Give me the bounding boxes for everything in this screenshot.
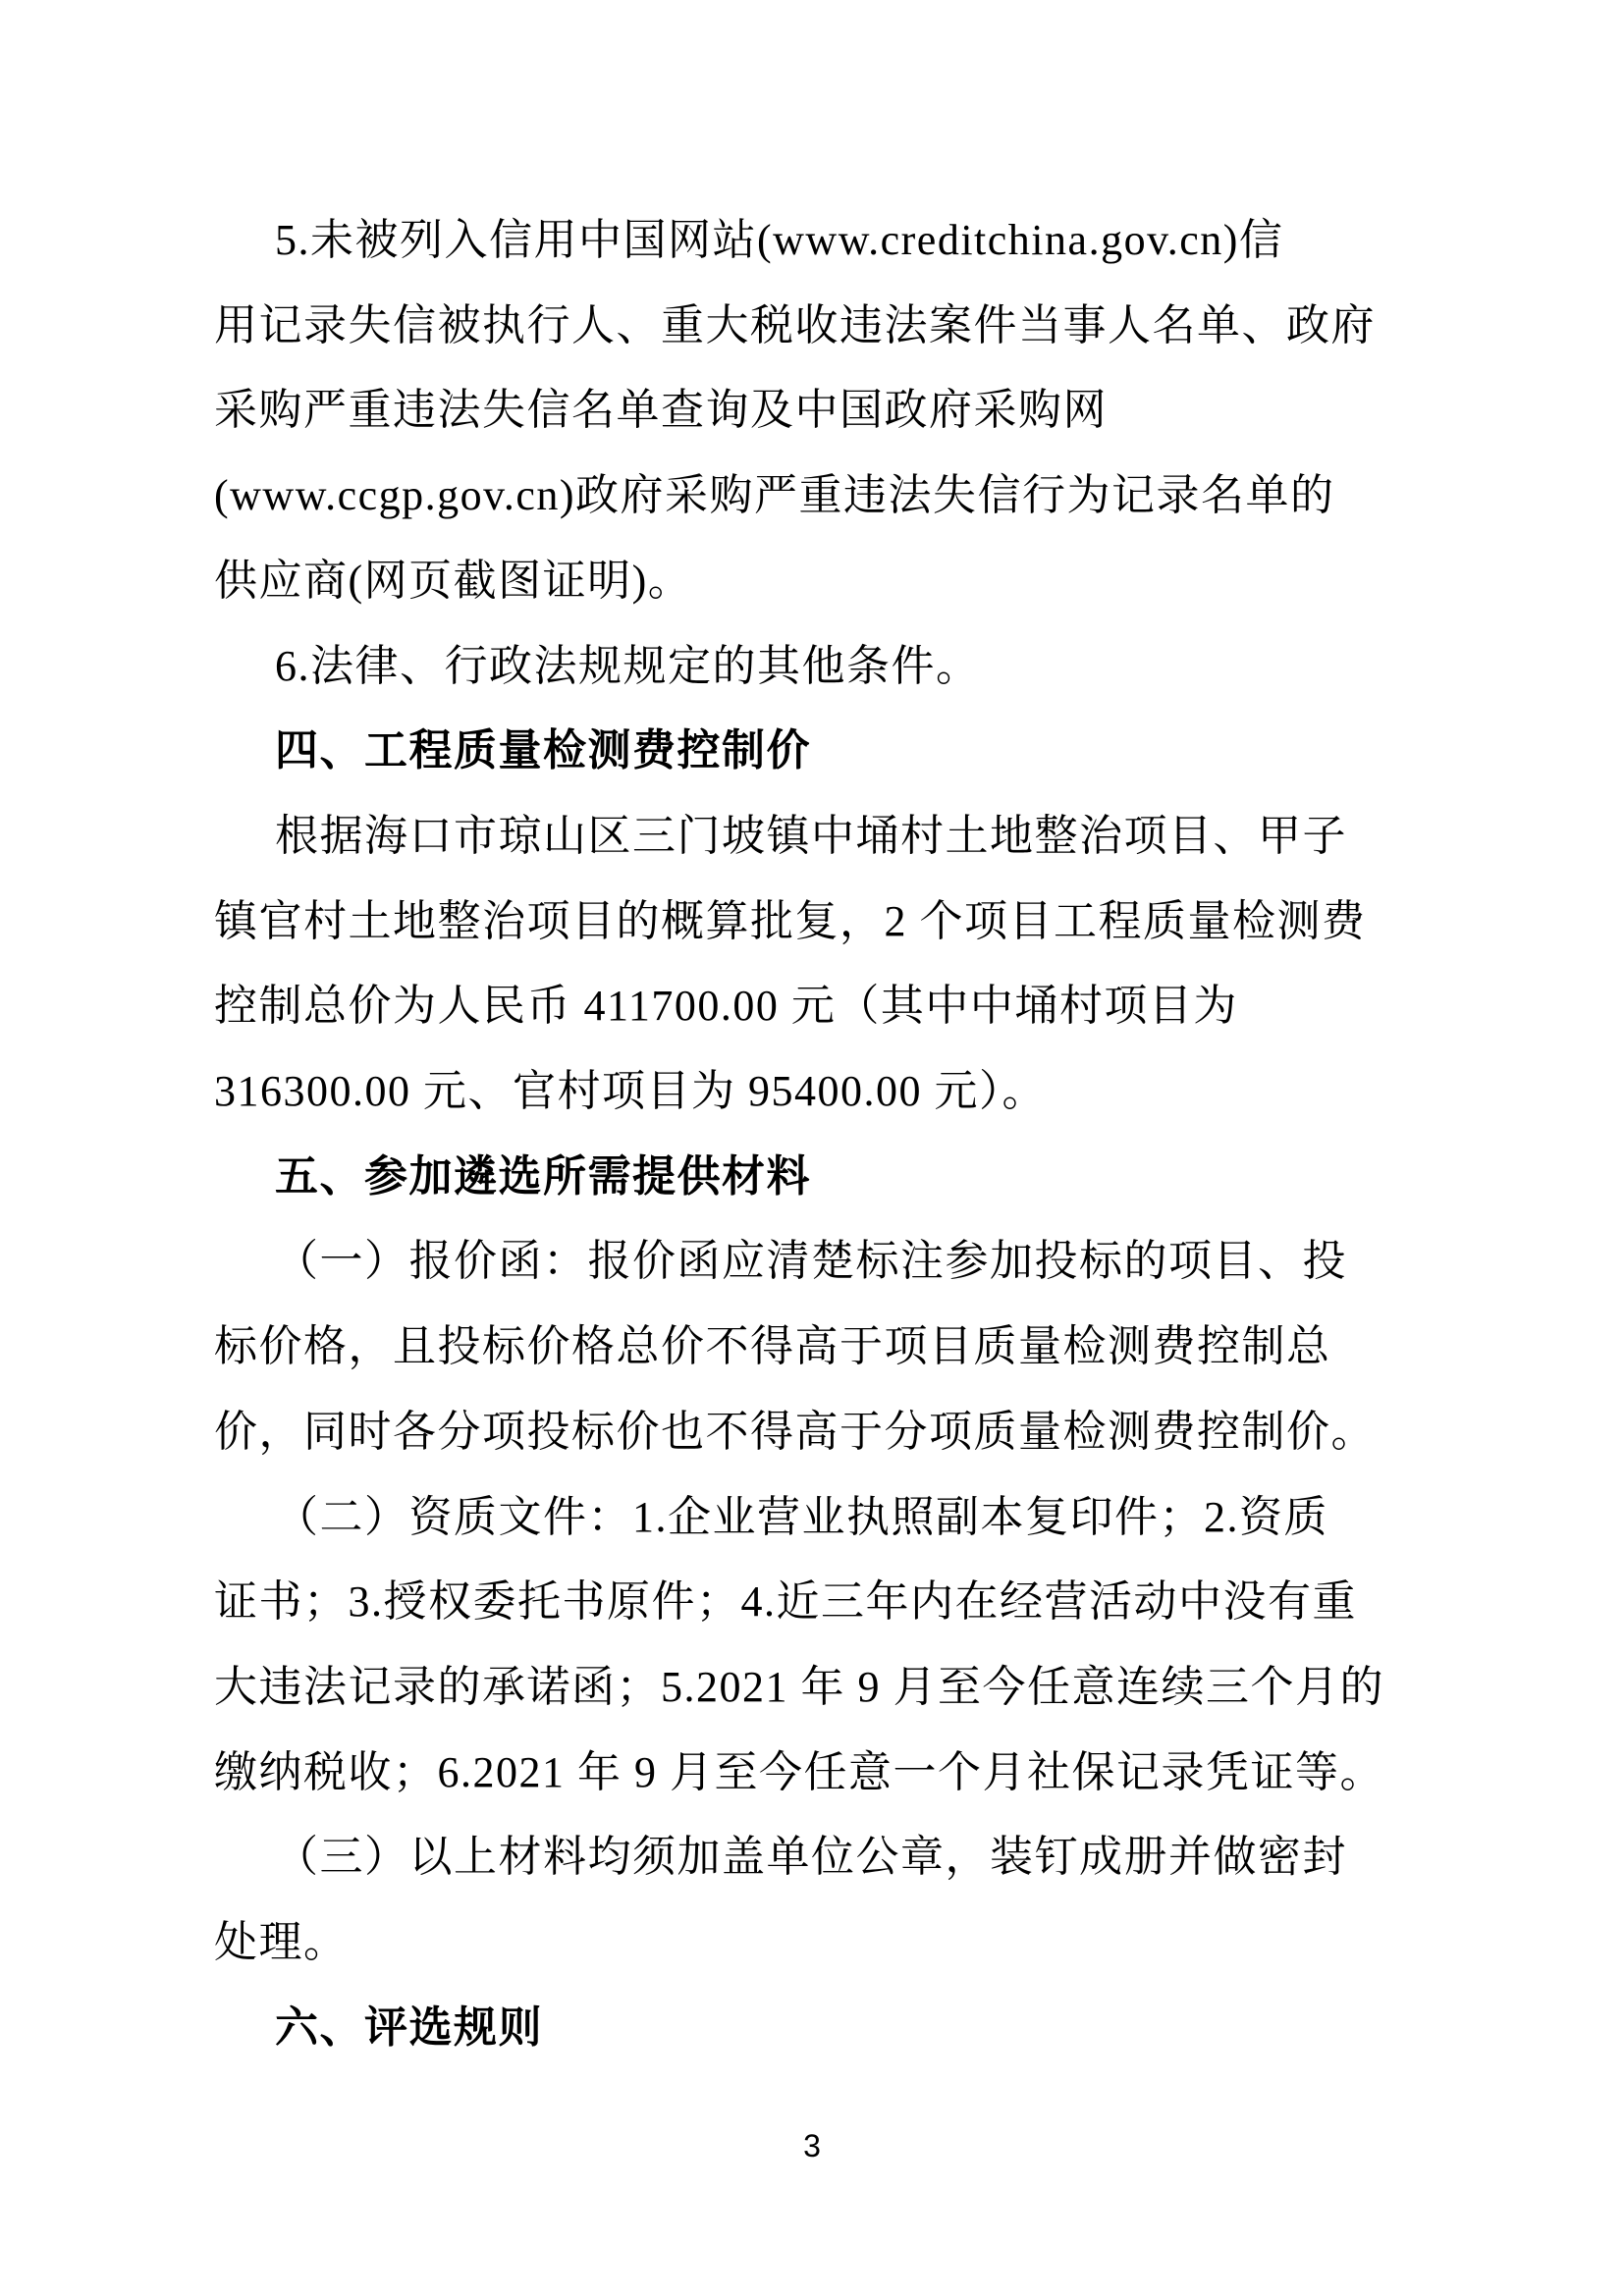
page-number: 3 bbox=[0, 2128, 1624, 2163]
paragraph-line: （三）以上材料均须加盖单位公章，装钉成册并做密封 bbox=[214, 1815, 1388, 1900]
paragraph-line: 处理。 bbox=[214, 1900, 1388, 1986]
section-heading-6: 六、评选规则 bbox=[214, 1986, 1388, 2071]
paragraph-line: 证书；3.授权委托书原件；4.近三年内在经营活动中没有重 bbox=[214, 1560, 1388, 1645]
paragraph-line: 采购严重违法失信名单查询及中国政府采购网 bbox=[214, 368, 1388, 454]
paragraph-line: (www.ccgp.gov.cn)政府采购严重违法失信行为记录名单的 bbox=[214, 454, 1388, 539]
paragraph-line: 316300.00 元、官村项目为 95400.00 元）。 bbox=[214, 1049, 1388, 1135]
paragraph-line: 用记录失信被执行人、重大税收违法案件当事人名单、政府 bbox=[214, 284, 1388, 369]
paragraph-line: 标价格，且投标价格总价不得高于项目质量检测费控制总 bbox=[214, 1305, 1388, 1390]
text-content: 5.未被列入信用中国网站(www.creditchina.gov.cn)信 用记… bbox=[214, 198, 1388, 2070]
paragraph-line: 供应商(网页截图证明)。 bbox=[214, 539, 1388, 624]
paragraph-line: 5.未被列入信用中国网站(www.creditchina.gov.cn)信 bbox=[214, 198, 1388, 284]
document-page: 5.未被列入信用中国网站(www.creditchina.gov.cn)信 用记… bbox=[0, 0, 1624, 2296]
section-heading-4: 四、工程质量检测费控制价 bbox=[214, 709, 1388, 794]
paragraph-line: 价，同时各分项投标价也不得高于分项质量检测费控制价。 bbox=[214, 1390, 1388, 1475]
paragraph-line: （二）资质文件：1.企业营业执照副本复印件；2.资质 bbox=[214, 1475, 1388, 1561]
paragraph-line: 缴纳税收；6.2021 年 9 月至今任意一个月社保记录凭证等。 bbox=[214, 1731, 1388, 1816]
paragraph-line: 大违法记录的承诺函；5.2021 年 9 月至今任意连续三个月的 bbox=[214, 1645, 1388, 1731]
paragraph-line: 控制总价为人民币 411700.00 元（其中中埇村项目为 bbox=[214, 964, 1388, 1049]
paragraph-line: 根据海口市琼山区三门坡镇中埇村土地整治项目、甲子 bbox=[214, 794, 1388, 880]
paragraph-line: 镇官村土地整治项目的概算批复，2 个项目工程质量检测费 bbox=[214, 880, 1388, 965]
paragraph-line: （一）报价函：报价函应清楚标注参加投标的项目、投 bbox=[214, 1219, 1388, 1305]
section-heading-5: 五、参加遴选所需提供材料 bbox=[214, 1135, 1388, 1220]
paragraph-line: 6.法律、行政法规规定的其他条件。 bbox=[214, 624, 1388, 710]
